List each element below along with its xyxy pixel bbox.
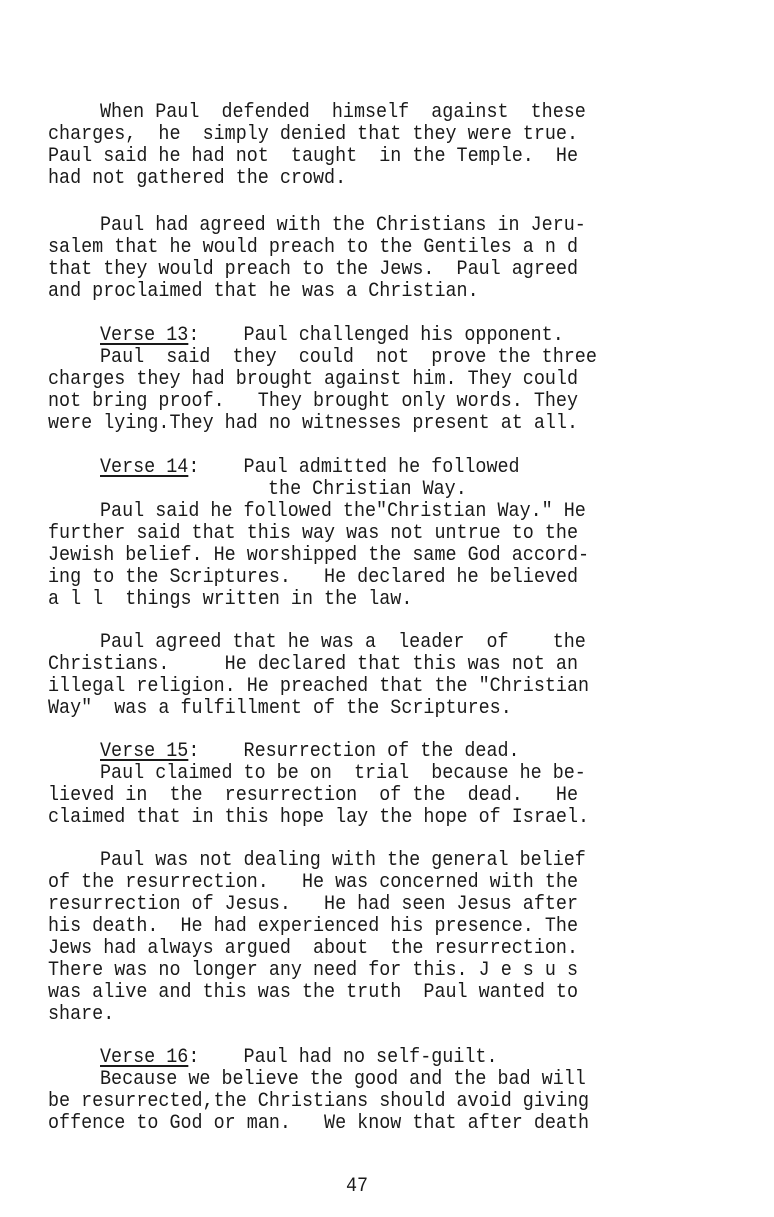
verse-label: Verse 14	[100, 456, 188, 479]
text-line: claimed that in this hope lay the hope o…	[48, 807, 589, 829]
text-line: the Christian Way.	[268, 479, 467, 501]
text-line: lieved in the resurrection of the dead. …	[48, 785, 578, 807]
verse-label: Verse 15	[100, 740, 188, 763]
text-line: Jews had always argued about the resurre…	[48, 938, 578, 960]
text-line: Way" was a fulfillment of the Scriptures…	[48, 698, 512, 720]
verse-label: Verse 16	[100, 1046, 188, 1069]
text-line: charges, he simply denied that they were…	[48, 124, 578, 146]
verse-heading: Verse 13: Paul challenged his opponent.	[100, 325, 564, 347]
verse-heading: Verse 16: Paul had no self-guilt.	[100, 1047, 498, 1069]
text-line: Christians. He declared that this was no…	[48, 654, 578, 676]
text-line: illegal religion. He preached that the "…	[48, 676, 589, 698]
text-line: that they would preach to the Jews. Paul…	[48, 259, 578, 281]
text-line: share.	[48, 1004, 114, 1026]
verse-label: Verse 13	[100, 324, 188, 347]
text-line: further said that this way was not untru…	[48, 523, 578, 545]
text-line: his death. He had experienced his presen…	[48, 916, 578, 938]
text-line: were lying.They had no witnesses present…	[48, 413, 578, 435]
text-line: ing to the Scriptures. He declared he be…	[48, 567, 578, 589]
text-line: Paul had agreed with the Christians in J…	[100, 215, 586, 237]
text-line: There was no longer any need for this. J…	[48, 960, 578, 982]
text-line: resurrection of Jesus. He had seen Jesus…	[48, 894, 578, 916]
verse-heading: Verse 14: Paul admitted he followed	[100, 457, 520, 479]
text-line: and proclaimed that he was a Christian.	[48, 281, 479, 303]
text-line: When Paul defended himself against these	[100, 102, 586, 124]
text-line: Jewish belief. He worshipped the same Go…	[48, 545, 589, 567]
text-line: not bring proof. They brought only words…	[48, 391, 578, 413]
text-line: Paul agreed that he was a leader of the	[100, 632, 586, 654]
text-line: charges they had brought against him. Th…	[48, 369, 578, 391]
text-line: Because we believe the good and the bad …	[100, 1069, 586, 1091]
text-line: be resurrected,the Christians should avo…	[48, 1091, 589, 1113]
verse-heading: Verse 15: Resurrection of the dead.	[100, 741, 520, 763]
text-line: salem that he would preach to the Gentil…	[48, 237, 578, 259]
text-line: offence to God or man. We know that afte…	[48, 1113, 589, 1135]
page-number: 47	[346, 1176, 368, 1198]
text-line: was alive and this was the truth Paul wa…	[48, 982, 578, 1004]
text-line: Paul said they could not prove the three	[100, 347, 597, 369]
text-line: had not gathered the crowd.	[48, 168, 346, 190]
text-line: Paul was not dealing with the general be…	[100, 850, 586, 872]
document-page: When Paul defended himself against these…	[0, 0, 774, 1217]
text-line: a l l things written in the law.	[48, 589, 412, 611]
text-line: of the resurrection. He was concerned wi…	[48, 872, 578, 894]
text-line: Paul claimed to be on trial because he b…	[100, 763, 586, 785]
text-line: Paul said he had not taught in the Templ…	[48, 146, 578, 168]
text-line: Paul said he followed the"Christian Way.…	[100, 501, 586, 523]
